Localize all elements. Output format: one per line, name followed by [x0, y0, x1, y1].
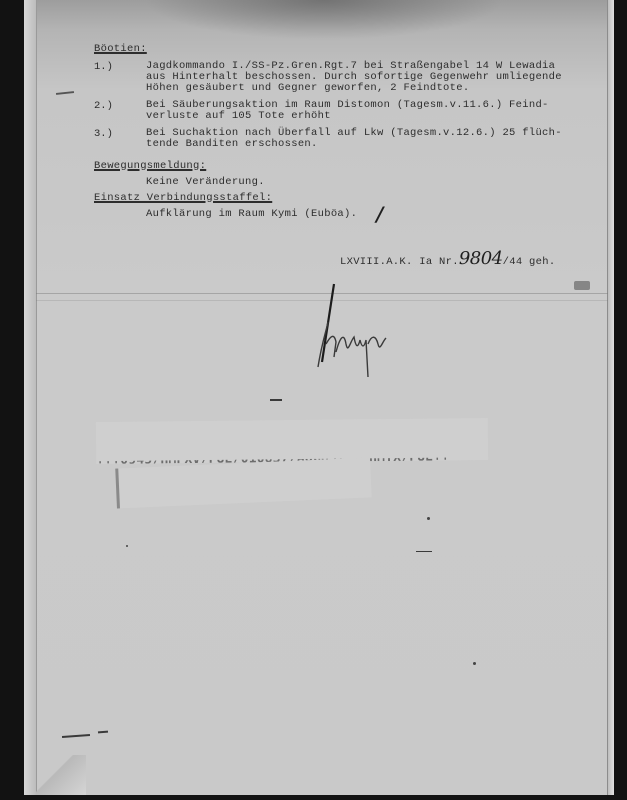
ink-mark: [98, 731, 108, 734]
check-mark-icon: /: [376, 202, 383, 226]
page-left-edge: [24, 0, 37, 795]
item-number-3: 3.): [94, 128, 113, 140]
document-page: Böotien: 1.) Jagdkommando I./SS-Pz.Gren.…: [24, 0, 614, 795]
item-1-line-3: Höhen gesäubert und Gegner geworfen, 2 F…: [146, 83, 469, 94]
speck: [473, 662, 476, 665]
ink-mark: [270, 399, 282, 401]
stamp-mark: [574, 281, 590, 290]
page-right-edge: [607, 0, 614, 795]
section-heading-bewegungsmeldung: Bewegungsmeldung:: [94, 161, 206, 172]
teletype-2-top-ghost: ++++1250/EINS/QUELDE/HKNX/++: [120, 498, 372, 508]
teletype-strip-2: ++++1250/EINS/QUELDE/HKNX/++ +++12.50/EI…: [115, 457, 372, 508]
reference-number: LXVIII.A.K. Ia Nr.9804/44 geh.: [340, 248, 555, 269]
ink-mark: [62, 734, 90, 738]
section-heading-boeotien: Böotien:: [94, 44, 147, 55]
speck: [126, 545, 128, 547]
reference-prefix: LXVIII.A.K. Ia Nr.: [340, 256, 459, 268]
item-number-2: 2.): [94, 100, 113, 112]
einsatz-text: Aufklärung im Raum Kymi (Euböa).: [146, 209, 357, 220]
teletype-strip-1: +++0945/HMPXV/FUE/010837/AUGUST!N/HMYX/F…: [96, 418, 488, 464]
speck: [427, 517, 430, 520]
item-2-line-2: verluste auf 105 Tote erhöht: [146, 111, 331, 122]
reference-suffix: /44 geh.: [503, 256, 556, 268]
reference-handwritten-number: 9804: [459, 248, 503, 269]
section-heading-einsatz: Einsatz Verbindungsstaffel:: [94, 193, 272, 204]
bewegungsmeldung-text: Keine Veränderung.: [146, 177, 265, 188]
ink-mark: [56, 91, 74, 95]
ink-mark: [416, 551, 432, 552]
item-number-1: 1.): [94, 61, 113, 73]
item-3-line-2: tende Banditen erschossen.: [146, 139, 318, 150]
signature-icon: [312, 282, 402, 382]
torn-corner: [36, 755, 86, 795]
